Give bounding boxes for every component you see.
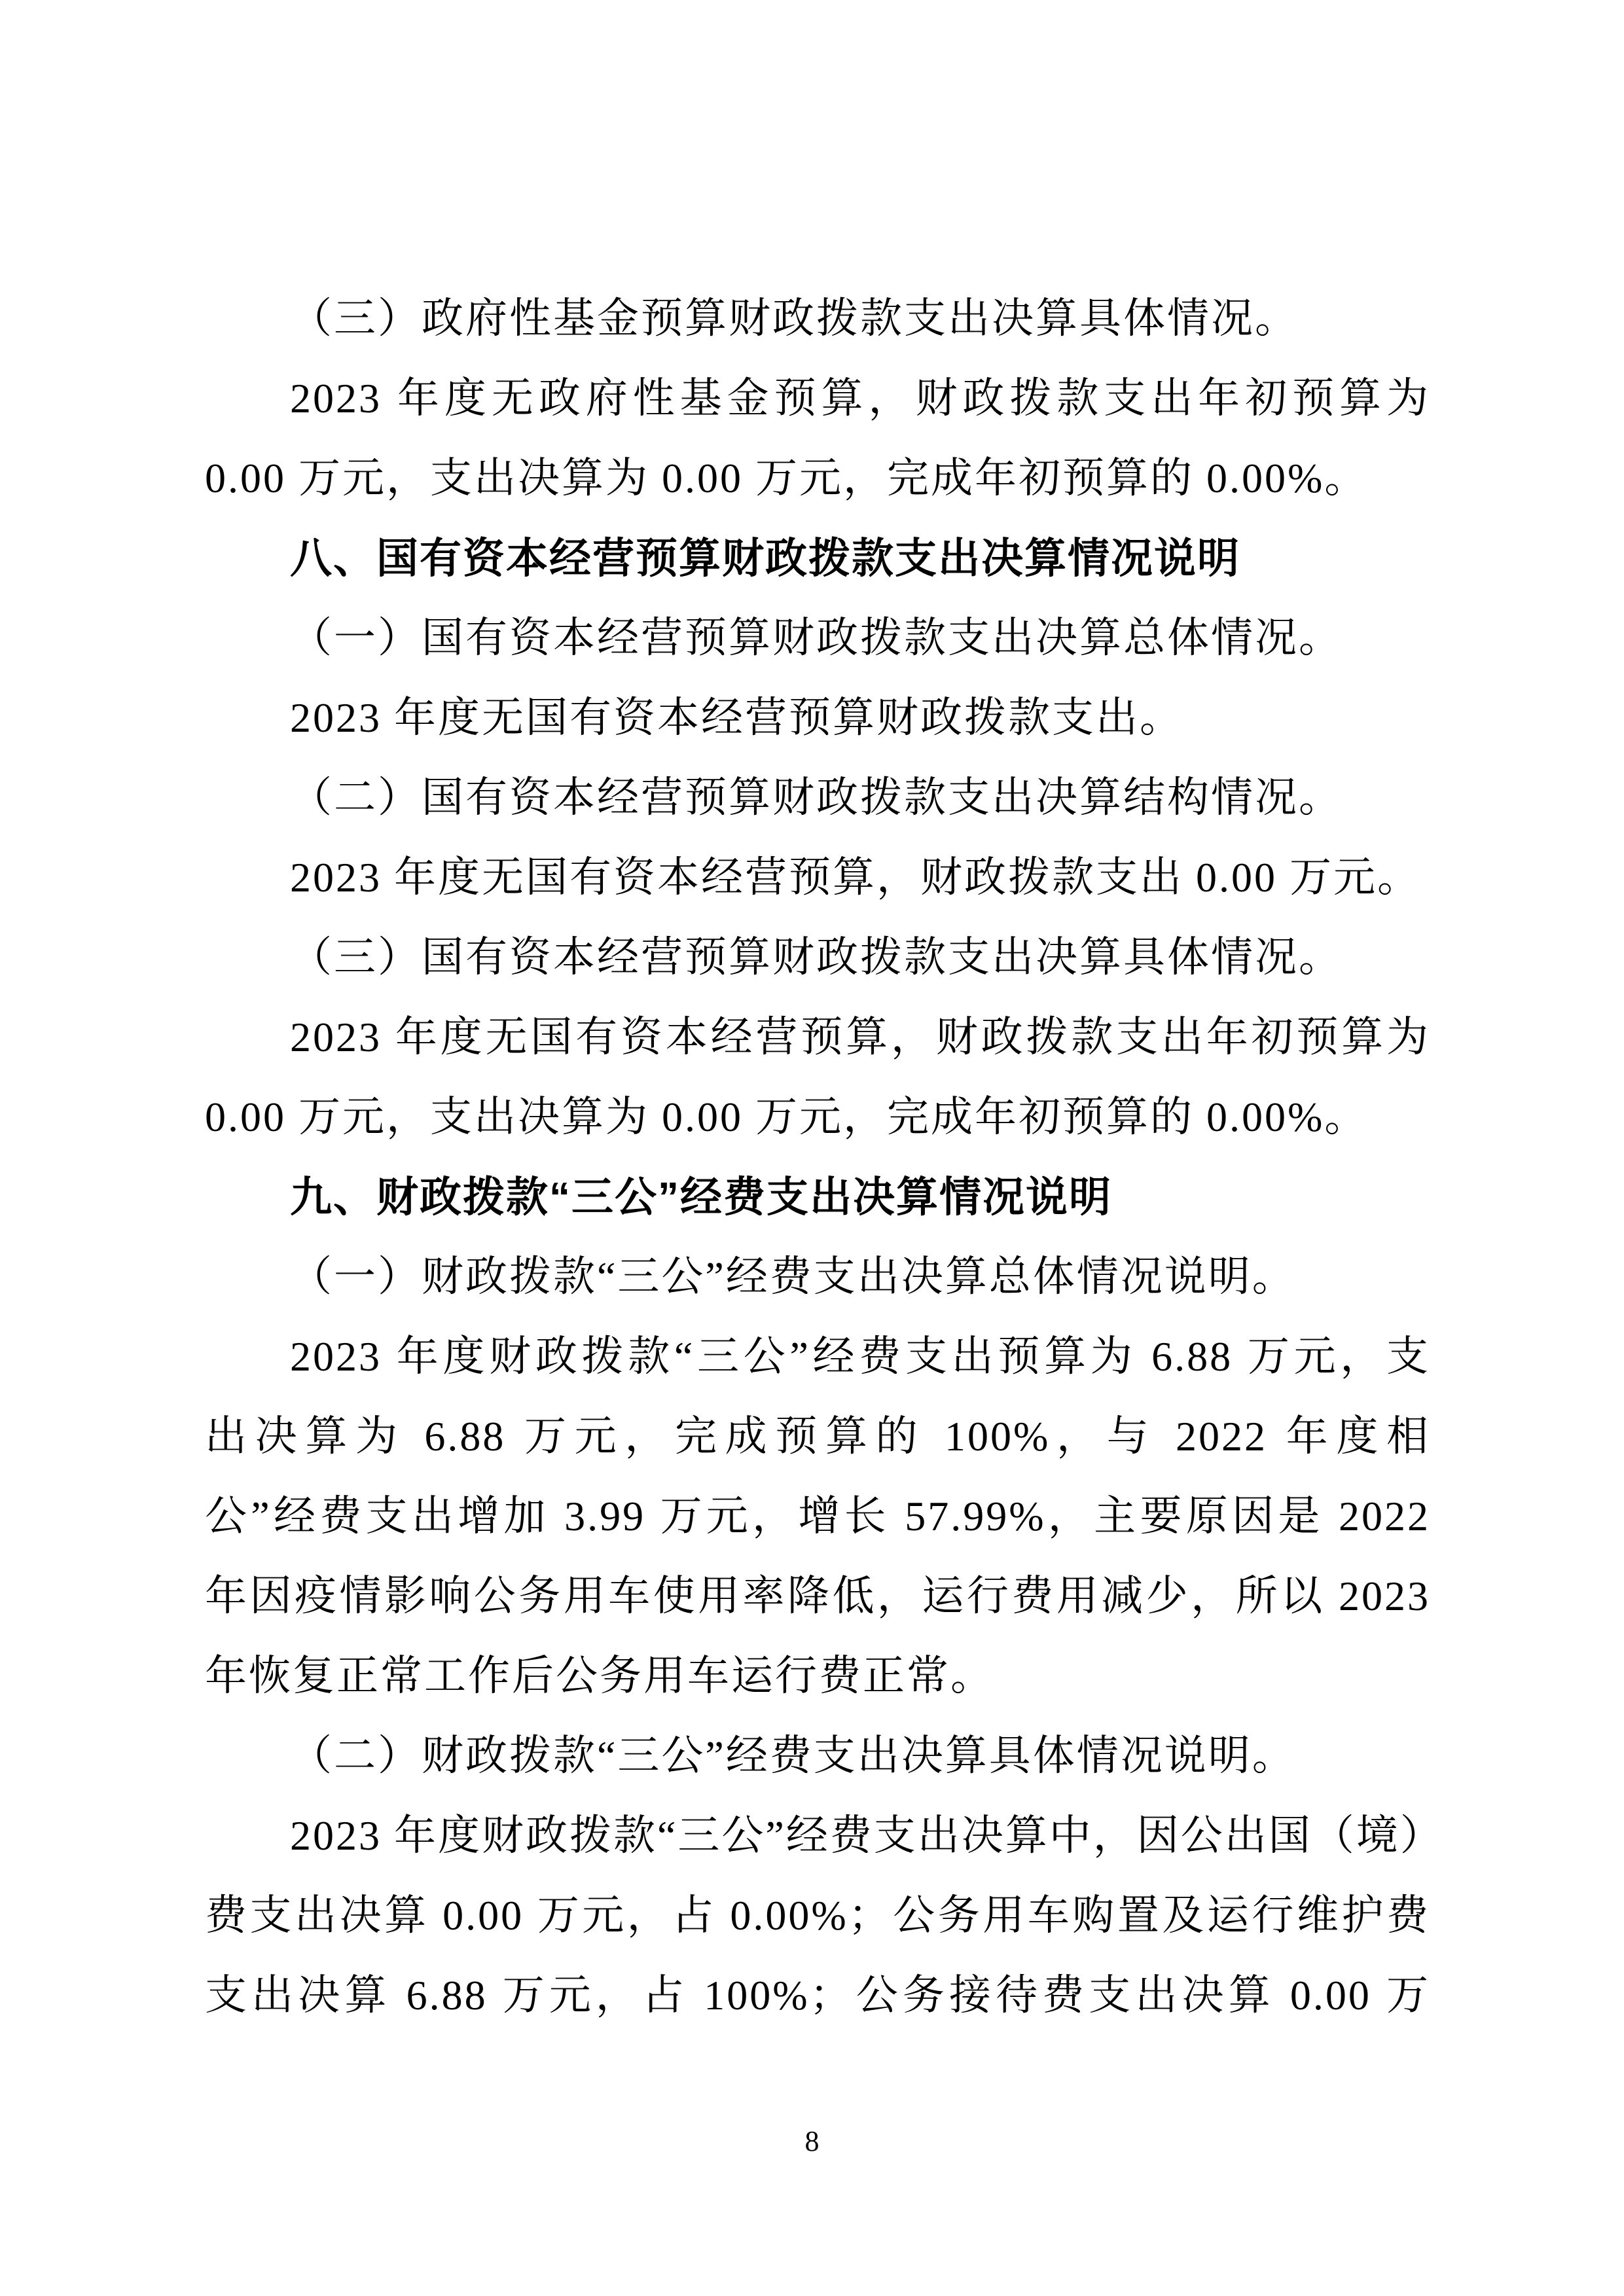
page-number: 8 [805, 2125, 820, 2157]
document-body: （三）政府性基金预算财政拨款支出决算具体情况。2023 年度无政府性基金预算，财… [205, 279, 1430, 2036]
text-line: 2023 年度无国有资本经营预算财政拨款支出。 [205, 678, 1430, 758]
text-line: 年因疫情影响公务用车使用率降低，运行费用减少，所以 2023 [205, 1556, 1430, 1636]
text-line: 公”经费支出增加 3.99 万元，增长 57.99%，主要原因是 2022 [205, 1477, 1430, 1556]
text-line: 支出决算 6.88 万元，占 100%；公务接待费支出决算 0.00 万元， [205, 1956, 1430, 2036]
text-line: 2023 年度财政拨款“三公”经费支出预算为 6.88 万元，支 [205, 1317, 1430, 1397]
text-line: （一）国有资本经营预算财政拨款支出决算总体情况。 [205, 598, 1430, 678]
text-line: 年恢复正常工作后公务用车运行费正常。 [205, 1636, 1430, 1716]
text-line: 费支出决算 0.00 万元，占 0.00%；公务用车购置及运行维护费 [205, 1876, 1430, 1956]
text-line: 2023 年度财政拨款“三公”经费支出决算中，因公出国（境） [205, 1796, 1430, 1876]
text-line: 0.00 万元，支出决算为 0.00 万元，完成年初预算的 0.00%。 [205, 1077, 1430, 1157]
text-line: （三）国有资本经营预算财政拨款支出决算具体情况。 [205, 918, 1430, 997]
text-line: （一）财政拨款“三公”经费支出决算总体情况说明。 [205, 1237, 1430, 1317]
text-line: （二）国有资本经营预算财政拨款支出决算结构情况。 [205, 758, 1430, 838]
text-line: 2023 年度无政府性基金预算，财政拨款支出年初预算为 [205, 359, 1430, 439]
section-heading-line: 八、国有资本经营预算财政拨款支出决算情况说明 [205, 518, 1430, 598]
text-line: 出决算为 6.88 万元，完成预算的 100%，与 2022 年度相比，“三 [205, 1397, 1430, 1477]
text-line: （二）财政拨款“三公”经费支出决算具体情况说明。 [205, 1716, 1430, 1796]
section-heading-line: 九、财政拨款“三公”经费支出决算情况说明 [205, 1157, 1430, 1237]
page-footer: 8 [0, 2122, 1624, 2161]
document-page: （三）政府性基金预算财政拨款支出决算具体情况。2023 年度无政府性基金预算，财… [0, 0, 1624, 2296]
text-line: 2023 年度无国有资本经营预算，财政拨款支出 0.00 万元。 [205, 838, 1430, 918]
text-line: 2023 年度无国有资本经营预算，财政拨款支出年初预算为 [205, 997, 1430, 1077]
text-line: （三）政府性基金预算财政拨款支出决算具体情况。 [205, 279, 1430, 359]
text-line: 0.00 万元，支出决算为 0.00 万元，完成年初预算的 0.00%。 [205, 439, 1430, 518]
